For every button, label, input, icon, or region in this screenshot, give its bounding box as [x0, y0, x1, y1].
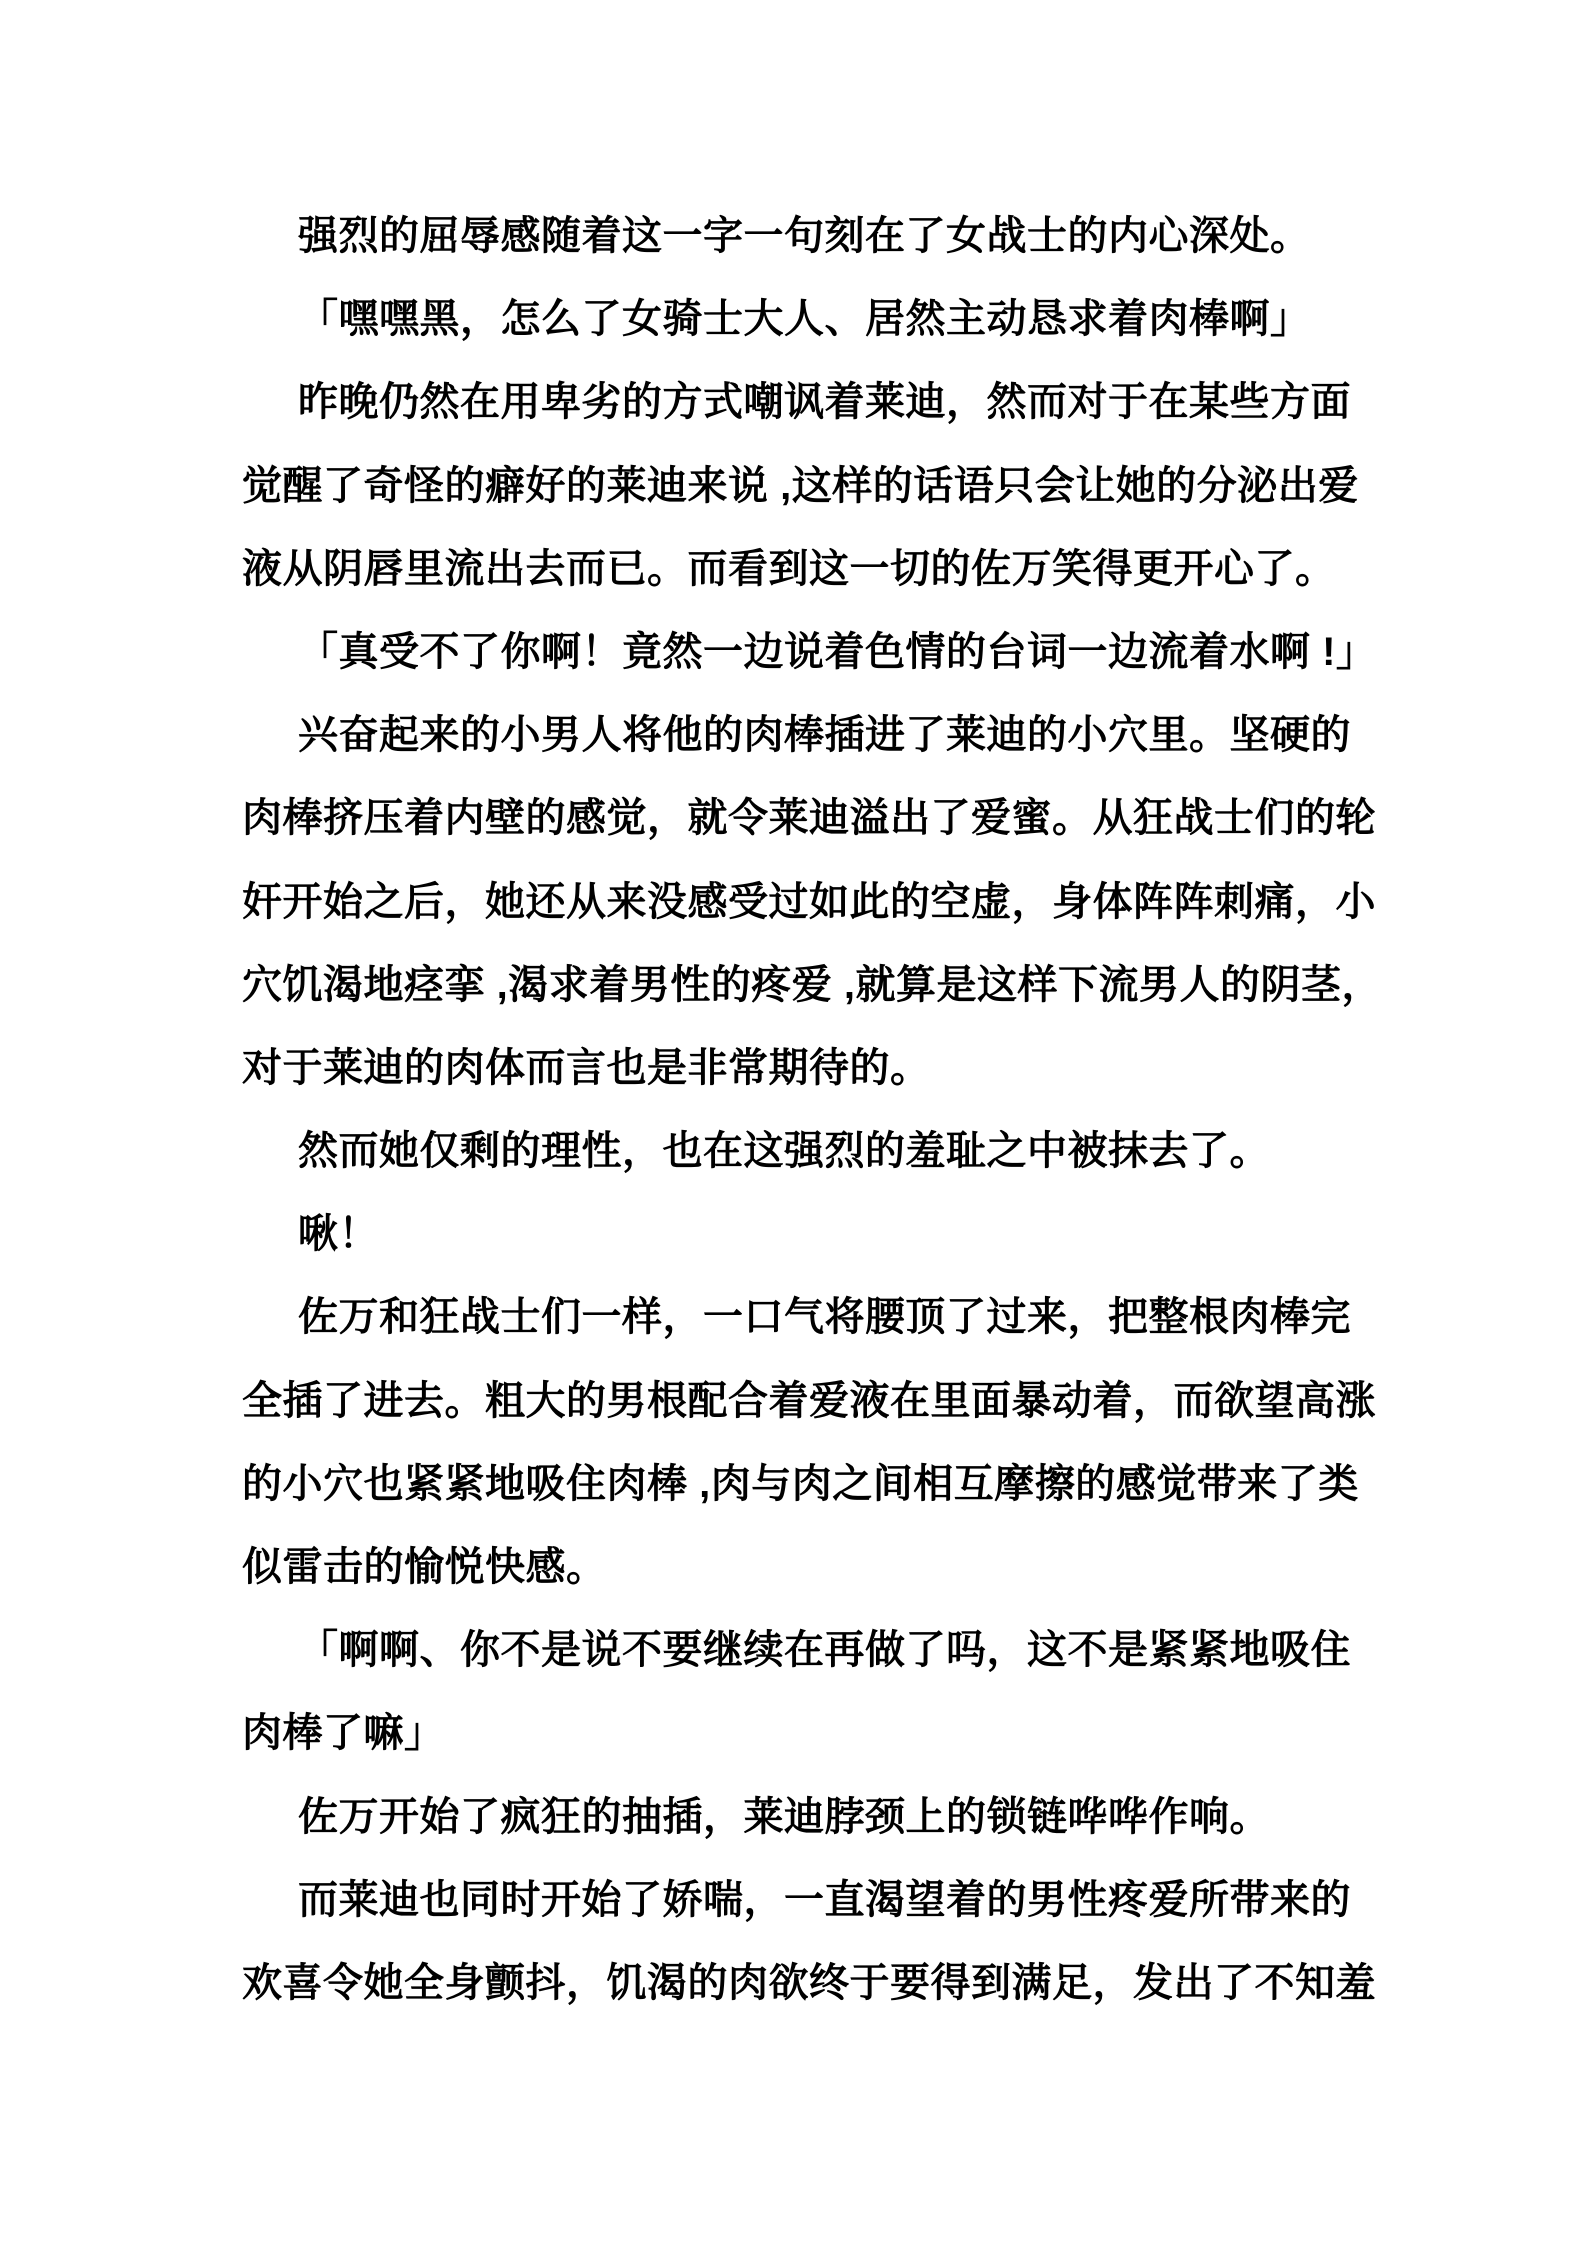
- text-line: 对于莱迪的肉体而言也是非常期待的。: [242, 1027, 1372, 1110]
- text-line: 奸开始之后，她还从来没感受过如此的空虚，身体阵阵刺痛，小: [242, 861, 1372, 944]
- text-line: 兴奋起来的小男人将他的肉棒插进了莱迪的小穴里。坚硬的: [242, 694, 1372, 777]
- text-line: 佐万开始了疯狂的抽插，莱迪脖颈上的锁链哗哗作响。: [242, 1776, 1372, 1859]
- text-line: 而莱迪也同时开始了娇喘，一直渴望着的男性疼爱所带来的: [242, 1859, 1372, 1942]
- page-text: 强烈的屈辱感随着这一字一句刻在了女战士的内心深处。「嘿嘿黑，怎么了女骑士大人、居…: [242, 195, 1372, 2025]
- text-line: 佐万和狂战士们一样，一口气将腰顶了过来，把整根肉棒完: [242, 1276, 1372, 1359]
- text-line: 「真受不了你啊！竟然一边说着色情的台词一边流着水啊 !」: [242, 611, 1372, 694]
- text-line: 全插了进去。粗大的男根配合着爱液在里面暴动着，而欲望高涨: [242, 1360, 1372, 1443]
- text-line: 肉棒挤压着内壁的感觉，就令莱迪溢出了爱蜜。从狂战士们的轮: [242, 777, 1372, 860]
- text-line: 液从阴唇里流出去而已。而看到这一切的佐万笑得更开心了。: [242, 528, 1372, 611]
- text-line: 啾！: [242, 1193, 1372, 1276]
- text-line: 然而她仅剩的理性，也在这强烈的羞耻之中被抹去了。: [242, 1110, 1372, 1193]
- text-line: 昨晚仍然在用卑劣的方式嘲讽着莱迪，然而对于在某些方面: [242, 361, 1372, 444]
- text-line: 肉棒了嘛」: [242, 1692, 1372, 1775]
- text-line: 「啊啊、你不是说不要继续在再做了吗，这不是紧紧地吸住: [242, 1609, 1372, 1692]
- document-page: 强烈的屈辱感随着这一字一句刻在了女战士的内心深处。「嘿嘿黑，怎么了女骑士大人、居…: [0, 0, 1587, 2245]
- text-line: 的小穴也紧紧地吸住肉棒 ,肉与肉之间相互摩擦的感觉带来了类: [242, 1443, 1372, 1526]
- text-line: 「嘿嘿黑，怎么了女骑士大人、居然主动恳求着肉棒啊」: [242, 278, 1372, 361]
- text-line: 觉醒了奇怪的癖好的莱迪来说 ,这样的话语只会让她的分泌出爱: [242, 445, 1372, 528]
- text-line: 欢喜令她全身颤抖，饥渴的肉欲终于要得到满足，发出了不知羞: [242, 1942, 1372, 2025]
- text-line: 强烈的屈辱感随着这一字一句刻在了女战士的内心深处。: [242, 195, 1372, 278]
- text-line: 似雷击的愉悦快感。: [242, 1526, 1372, 1609]
- text-line: 穴饥渴地痉挛 ,渴求着男性的疼爱 ,就算是这样下流男人的阴茎，: [242, 944, 1372, 1027]
